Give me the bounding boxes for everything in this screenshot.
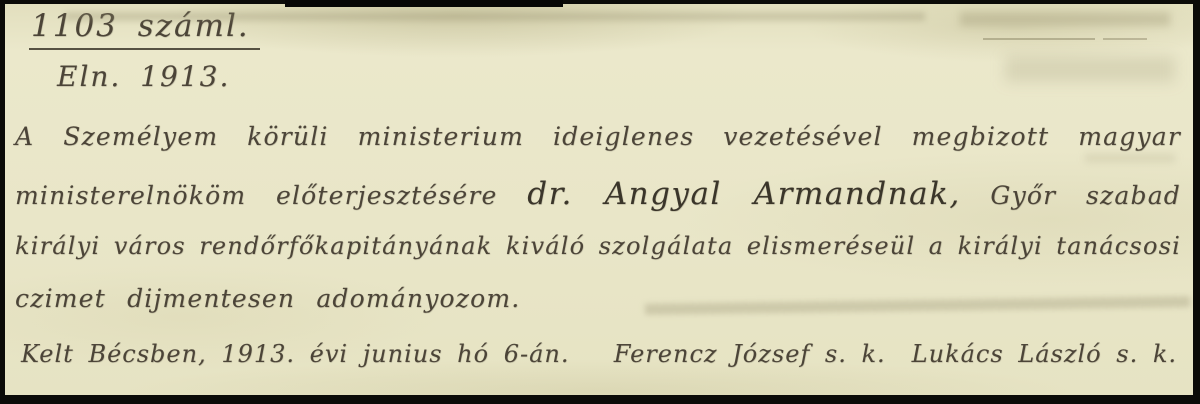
signature-ferencz-jozsef: Ferencz József s. k. [614, 340, 886, 368]
document-scan: 1103 száml. Eln. 1913. A Személyem körül… [0, 0, 1200, 404]
body-line-4: czimet dijmentesen adományozom. [15, 284, 1181, 313]
dateline-row: Kelt Bécsben, 1913. évi junius hó 6-án. … [21, 340, 1177, 368]
signatures: Ferencz József s. k. Lukács László s. k. [614, 340, 1177, 368]
reference-number: 1103 száml. [29, 8, 260, 50]
bleedthrough-underline [1103, 38, 1147, 40]
signature-lukacs-laszlo: Lukács László s. k. [912, 340, 1177, 368]
scan-border-artifact [285, 0, 563, 7]
bleedthrough-smudge [1005, 56, 1175, 82]
bleedthrough-smudge [1085, 154, 1175, 162]
dateline: Kelt Bécsben, 1913. évi junius hó 6-án. [21, 340, 569, 368]
body-line-2: ministerelnököm előterjesztésére dr. Ang… [15, 176, 1181, 212]
file-number: Eln. 1913. [57, 60, 230, 93]
paper-page: 1103 száml. Eln. 1913. A Személyem körül… [5, 4, 1193, 395]
bleedthrough-smudge [960, 12, 1170, 26]
bleedthrough-underline [983, 38, 1095, 40]
recipient-name: dr. Angyal Armandnak, [527, 176, 960, 212]
body-line-3: királyi város rendőrfőkapitányának kivál… [15, 232, 1181, 260]
body-line-2-suffix: Győr szabad [990, 181, 1181, 210]
body-line-2-prefix: ministerelnököm előterjesztésére [15, 181, 498, 210]
body-line-1: A Személyem körüli ministerium ideiglene… [15, 122, 1181, 151]
